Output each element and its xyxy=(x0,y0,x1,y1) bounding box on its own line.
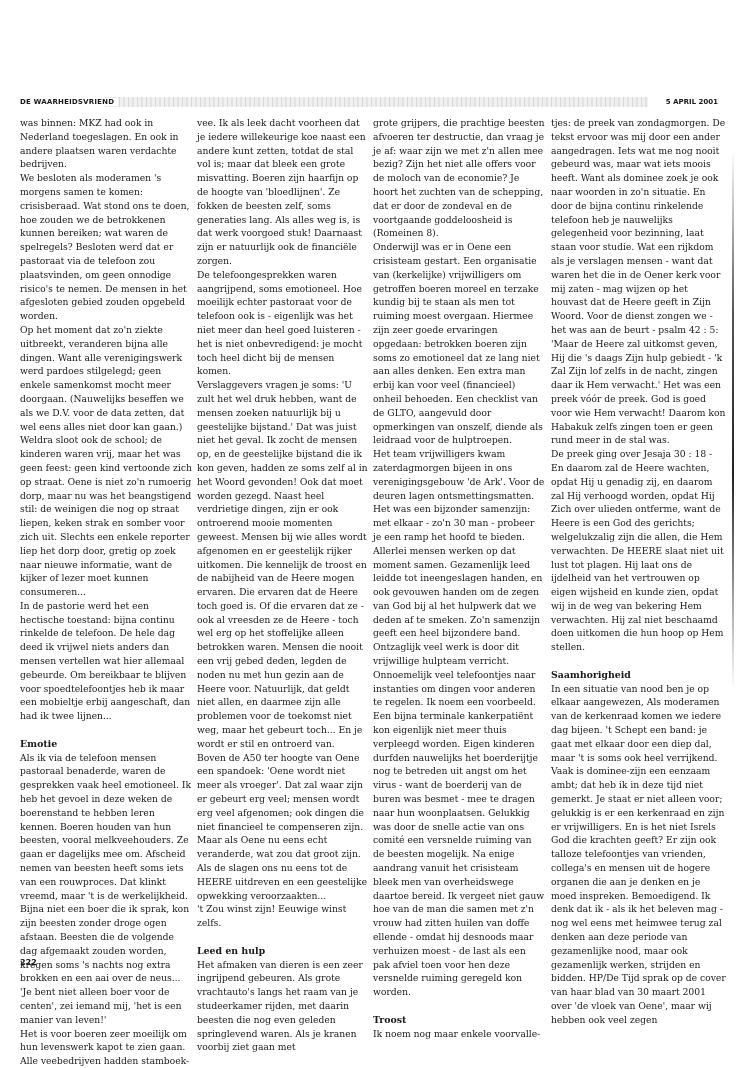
paragraph: Verslaggevers vragen je soms: 'U zult he… xyxy=(197,379,369,752)
page-number: 222 xyxy=(20,958,37,967)
paragraph: Ik noem nog maar enkele voorvalle- xyxy=(373,1028,545,1042)
paragraph: 't Zou winst zijn! Eeuwige winst zelfs. xyxy=(197,903,369,931)
paragraph: Onderwijl was er in Oene een crisisteam … xyxy=(373,241,545,448)
publication-name: DE WAARHEIDSVRIEND xyxy=(20,98,118,106)
section-heading-troost: Troost xyxy=(373,1014,545,1028)
paragraph: Boven de A50 ter hoogte van Oene een spa… xyxy=(197,752,369,904)
issue-date: 5 APRIL 2001 xyxy=(662,98,718,106)
paragraph: was binnen: MKZ had ook in Nederland toe… xyxy=(20,117,192,172)
section-heading-emotie: Emotie xyxy=(20,738,192,752)
paragraph: De preek ging over Jesaja 30 : 18 - En d… xyxy=(551,448,727,655)
column-3: grote grijpers, die prachtige beesten af… xyxy=(373,117,545,1041)
paragraph: grote grijpers, die prachtige beesten af… xyxy=(373,117,545,241)
paragraph: Het afmaken van dieren is een zeer ingri… xyxy=(197,959,369,1056)
paragraph: Als ik via de telefoon mensen pastoraal … xyxy=(20,752,192,1028)
paragraph: Op het moment dat zo'n ziekte uitbreekt,… xyxy=(20,324,192,600)
column-2: vee. Ik als leek dacht voorheen dat je i… xyxy=(197,117,369,1055)
column-4: tjes: de preek van zondagmorgen. De teks… xyxy=(551,117,727,1028)
paragraph: We besloten als moderamen 's morgens sam… xyxy=(20,172,192,324)
paragraph: Het team vrijwilligers kwam zaterdagmorg… xyxy=(373,448,545,1000)
running-header: DE WAARHEIDSVRIEND 5 APRIL 2001 xyxy=(20,96,718,108)
column-1: was binnen: MKZ had ook in Nederland toe… xyxy=(20,117,192,1068)
paragraph: Het is voor boeren zeer moeilijk om hun … xyxy=(20,1028,192,1068)
paragraph: In de pastorie werd het een hectische to… xyxy=(20,600,192,724)
scan-edge-shadow xyxy=(732,150,734,690)
section-heading-saamhorigheid: Saamhorigheid xyxy=(551,669,727,683)
paragraph: tjes: de preek van zondagmorgen. De teks… xyxy=(551,117,727,448)
paragraph: vee. Ik als leek dacht voorheen dat je i… xyxy=(197,117,369,269)
paragraph: De telefoongesprekken waren aangrijpend,… xyxy=(197,269,369,379)
paragraph: In een situatie van nood ben je op elkaa… xyxy=(551,683,727,1028)
section-heading-leed-en-hulp: Leed en hulp xyxy=(197,945,369,959)
header-texture-band xyxy=(105,97,648,107)
